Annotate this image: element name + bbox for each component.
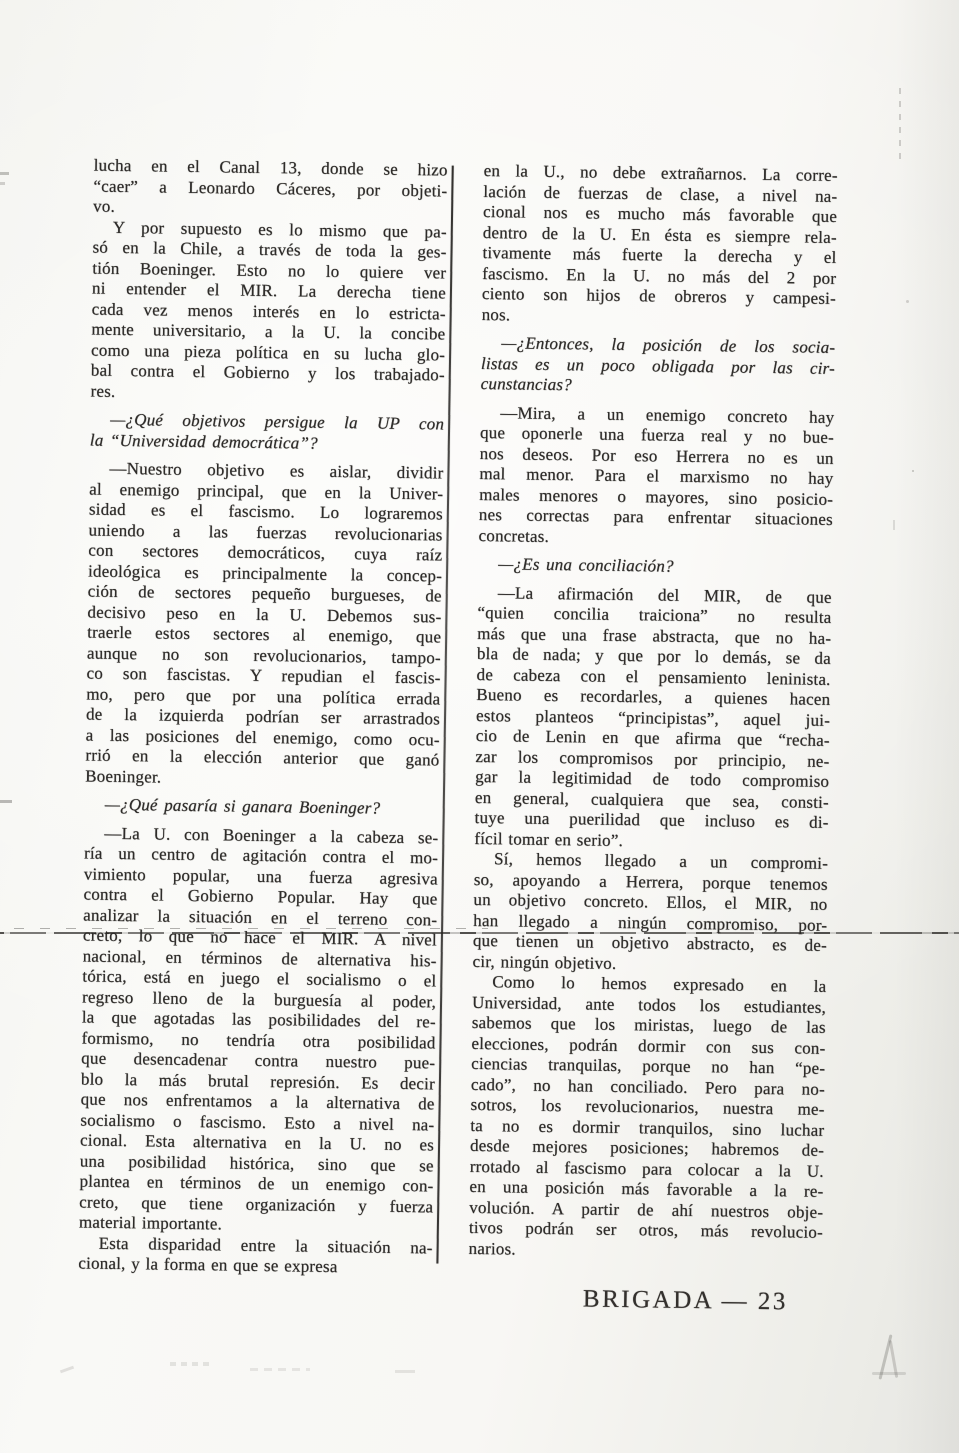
paragraph: —La U. con Boeninger a la cabeza se-ría … [79, 823, 439, 1238]
paragraph: Como lo hemos expresado en laUniversidad… [468, 972, 826, 1264]
right-text-column: en la U., no debe extrañarnos. La corre-… [468, 161, 837, 1264]
paragraph: lucha en el Canal 13, donde se hizo“caer… [93, 156, 448, 222]
interview-question: —¿Qué objetivos persigue la UP conla “Un… [90, 410, 445, 456]
paragraph: —Nuestro objetivo es aislar, dividiral e… [85, 459, 444, 792]
scan-artifact [0, 182, 5, 185]
interview-question: —¿Es una conciliación? [478, 554, 832, 579]
text-line: —¿Qué pasaría si ganara Boeninger? [85, 795, 439, 820]
fold-crease-line [0, 932, 959, 934]
interview-question: —¿Entonces, la posición de los socia-lis… [481, 333, 836, 399]
text-line: —¿Es una conciliación? [478, 554, 832, 579]
paragraph: Y por supuesto es lo mismo que pa-só en … [90, 217, 447, 406]
paragraph: Esta disparidad entre la situación na-ci… [78, 1233, 433, 1279]
paragraph: en la U., no debe extrañarnos. La corre-… [482, 161, 838, 330]
interview-question: —¿Qué pasaría si ganara Boeninger? [85, 795, 439, 820]
fold-crease-echo [0, 928, 488, 929]
paragraph: —La afirmación del MIR, de que“quien con… [474, 582, 832, 853]
paragraph: —Mira, a un enemigo concreto hayque opon… [478, 402, 834, 550]
scanned-magazine-page: lucha en el Canal 13, donde se hizo“caer… [0, 0, 959, 1453]
paragraph: Sí, hemos llegado a un compromi-so, apoy… [472, 849, 828, 977]
left-text-column: lucha en el Canal 13, donde se hizo“caer… [78, 156, 448, 1279]
page-number: BRIGADA — 23 [468, 1284, 822, 1317]
page-scan-content: lucha en el Canal 13, donde se hizo“caer… [0, 0, 959, 1453]
